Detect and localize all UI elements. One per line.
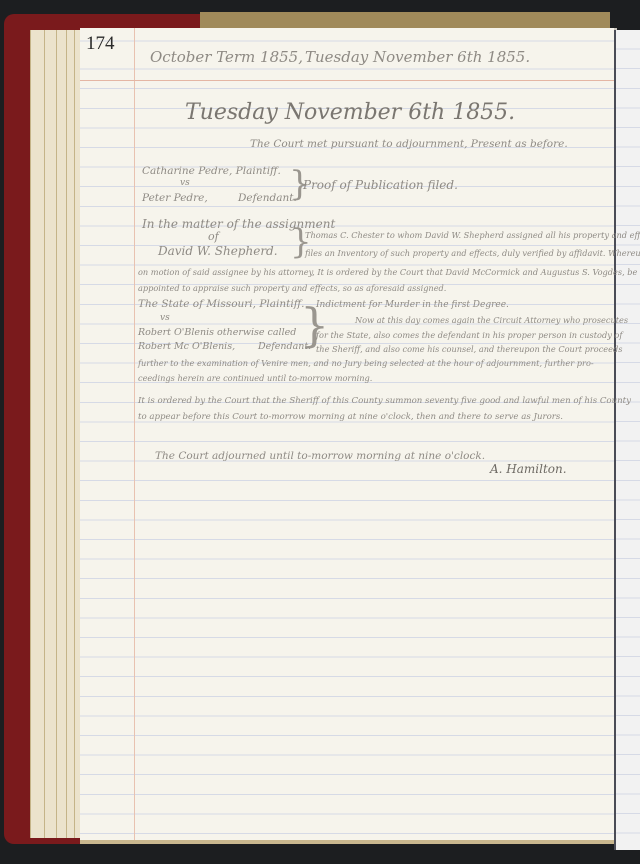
case2-entry-line: on motion of said assignee by his attorn… (138, 267, 637, 277)
case2-entry-line: appointed to appraise such property and … (138, 283, 446, 293)
case3-entry-line: ceedings herein are continued until to-m… (138, 373, 372, 383)
case3-plaintiff: The State of Missouri, Plaintiff. (138, 298, 305, 310)
case3-entry-line: Now at this day comes again the Circuit … (355, 315, 628, 325)
case3-vs: vs (160, 313, 170, 323)
book-top-edge (200, 12, 610, 28)
facing-page-edge (614, 30, 640, 850)
adjournment-line: The Court adjourned until to-morrow morn… (155, 450, 485, 462)
case3-defendant-alias: Robert Mc O'Blenis, (138, 341, 235, 352)
case3-entry-line: the Sheriff, and also come his counsel, … (316, 344, 622, 354)
header-rule (80, 80, 614, 81)
case1-plaintiff: Catharine Pedre, Plaintiff. (142, 165, 281, 177)
running-head-term: October Term 1855, (150, 48, 303, 66)
case3-entry-line: for the State, also comes the defendant … (316, 330, 622, 340)
page-number: 174 (86, 33, 115, 55)
case1-defendant: Peter Pedre, (142, 192, 208, 204)
order-line: to appear before this Court to-morrow mo… (138, 412, 563, 422)
order-line: It is ordered by the Court that the Sher… (138, 396, 631, 406)
judge-signature: A. Hamilton. (490, 462, 567, 476)
case3-defendant: Robert O'Blenis otherwise called (138, 327, 296, 338)
case1-entry: Proof of Publication filed. (303, 178, 458, 192)
case2-entry-line: files an Inventory of such property and … (305, 248, 640, 258)
day-heading: Tuesday November 6th 1855. (185, 100, 515, 125)
case2-caption-of: of (208, 230, 219, 243)
case3-entry-line: further to the examination of Venire men… (138, 358, 594, 368)
running-head-date: Tuesday November 6th 1855. (305, 48, 530, 66)
case2-entry-line: Thomas C. Chester to whom David W. Sheph… (305, 230, 640, 240)
case3-entry-line: Indictment for Murder in the first Degre… (316, 300, 509, 310)
margin-rule (134, 28, 135, 840)
case1-defendant-role: Defendant. (238, 192, 297, 204)
case2-caption-name: David W. Shepherd. (158, 244, 278, 258)
ledger-page (80, 28, 617, 844)
case1-vs: vs (180, 178, 190, 188)
opening-line: The Court met pursuant to adjournment, P… (250, 138, 568, 150)
